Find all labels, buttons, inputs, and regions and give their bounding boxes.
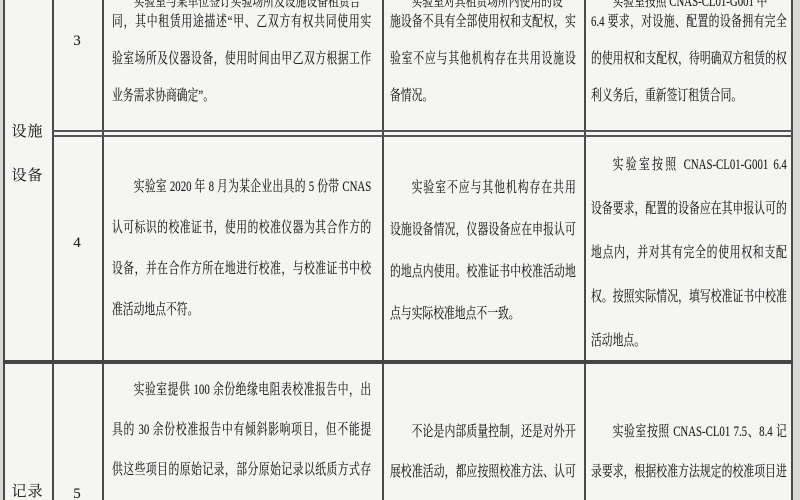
table-border-left (3, 0, 5, 500)
row4-finding-text: 实验室不应与其他机构存在共用设施设备情况，仪器设备应在申报认可的地点内使用。校准… (390, 167, 576, 335)
document-page: 设施设备 记录 3 4 5 实验室与某单位签订实验场所及设施设备租赁合 实验室对… (0, 0, 800, 500)
row5-finding-text: 不论是内部质量控制，还是对外开展校准活动，都应按照校准方法、认可 (390, 412, 576, 492)
category-records: 记录 (3, 482, 52, 500)
row-number-5: 5 (54, 485, 100, 500)
row3-measure-text: 6.4 要求，对设施、配置的设备拥有完全的使用权和支配权，待明确双方租赁的权利义… (591, 4, 787, 115)
row5-description-text: 实验室提供 100 余份绝缘电阻表校准报告中，出具的 30 余份校准报告中有倾斜… (112, 370, 371, 490)
table-border-right (791, 0, 793, 500)
row3-finding-text: 施设备不具有全部使用权和支配权，实验室不应与其他机构存在共用设施设备情况。 (390, 4, 576, 115)
table-divider-number (102, 0, 104, 500)
row-number-3: 3 (54, 32, 100, 50)
row4-measure-text: 实验室按照 CNAS-CL01-G001 6.4设备要求，配置的设备应在其申报认… (591, 143, 787, 363)
row-divider-3-4 (52, 130, 792, 137)
row-number-4: 4 (54, 234, 100, 252)
row3-description-text: 同，其中租赁用途描述“甲、乙双方有权共同使用实验室场所及仪器设备，使用时间由甲乙… (112, 4, 371, 115)
row5-measure-text: 实验室按照 CNAS-CL01 7.5、8.4 记录要求，根据校准方法规定的校准… (591, 412, 787, 492)
row4-description-text: 实验室 2020 年 8 月为某企业出具的 5 份带 CNAS认可标识的校准证书… (112, 167, 371, 331)
category-facilities-equipment: 设施设备 (3, 110, 52, 198)
table-divider-finding (584, 0, 586, 500)
table-divider-description (382, 0, 384, 500)
